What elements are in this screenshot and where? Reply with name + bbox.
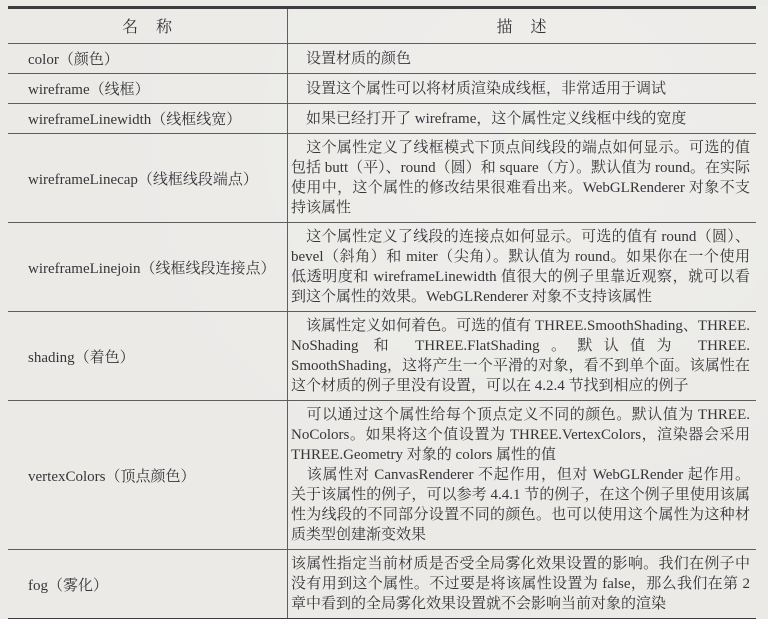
scanned-book-page: 名 称 描 述 color（颜色） 设置材质的颜色 wireframe（线框） … — [0, 6, 768, 619]
property-name: fog（雾化） — [8, 550, 288, 619]
property-name: color（颜色） — [8, 44, 288, 74]
description-paragraph: 设置这个属性可以将材质渲染成线框，非常适用于调试 — [291, 79, 750, 99]
property-name: wireframeLinecap（线框线段端点） — [8, 134, 288, 223]
property-description: 这个属性定义了线框模式下顶点间线段的端点如何显示。可选的值包括 butt（平）、… — [288, 134, 757, 223]
description-paragraph: 如果已经打开了 wireframe，这个属性定义线框中线的宽度 — [291, 109, 750, 129]
material-properties-table: 名 称 描 述 color（颜色） 设置材质的颜色 wireframe（线框） … — [8, 6, 756, 619]
table-row: wireframeLinewidth（线框线宽） 如果已经打开了 wirefra… — [8, 104, 756, 134]
header-row: 名 称 描 述 — [8, 8, 756, 44]
table-row: wireframeLinecap（线框线段端点） 这个属性定义了线框模式下顶点间… — [8, 134, 756, 223]
property-name: wireframe（线框） — [8, 74, 288, 104]
table-row: color（颜色） 设置材质的颜色 — [8, 44, 756, 74]
property-description: 如果已经打开了 wireframe，这个属性定义线框中线的宽度 — [288, 104, 757, 134]
property-description: 该属性指定当前材质是否受全局雾化效果设置的影响。我们在例子中没有用到这个属性。不… — [288, 550, 757, 619]
description-paragraph: 这个属性定义了线框模式下顶点间线段的端点如何显示。可选的值包括 butt（平）、… — [291, 138, 750, 218]
table-body: color（颜色） 设置材质的颜色 wireframe（线框） 设置这个属性可以… — [8, 44, 756, 619]
table-row: shading（着色） 该属性定义如何着色。可选的值有 THREE.Smooth… — [8, 312, 756, 401]
description-paragraph: 该属性指定当前材质是否受全局雾化效果设置的影响。我们在例子中没有用到这个属性。不… — [291, 554, 750, 614]
header-description-column: 描 述 — [288, 8, 757, 44]
table-row: wireframe（线框） 设置这个属性可以将材质渲染成线框，非常适用于调试 — [8, 74, 756, 104]
description-paragraph: 该属性对 CanvasRenderer 不起作用，但对 WebGLRender … — [291, 465, 750, 545]
property-name: wireframeLinewidth（线框线宽） — [8, 104, 288, 134]
table-row: vertexColors（顶点颜色） 可以通过这个属性给每个顶点定义不同的颜色。… — [8, 401, 756, 550]
description-paragraph: 设置材质的颜色 — [291, 49, 750, 69]
property-name: vertexColors（顶点颜色） — [8, 401, 288, 550]
description-paragraph: 可以通过这个属性给每个顶点定义不同的颜色。默认值为 THREE. NoColor… — [291, 405, 750, 465]
description-paragraph: 这个属性定义了线段的连接点如何显示。可选的值有 round（圆）、bevel（斜… — [291, 227, 750, 307]
description-paragraph: 该属性定义如何着色。可选的值有 THREE.SmoothShading、THRE… — [291, 316, 750, 396]
property-description: 设置材质的颜色 — [288, 44, 757, 74]
property-description: 可以通过这个属性给每个顶点定义不同的颜色。默认值为 THREE. NoColor… — [288, 401, 757, 550]
property-description: 这个属性定义了线段的连接点如何显示。可选的值有 round（圆）、bevel（斜… — [288, 223, 757, 312]
table-row: fog（雾化） 该属性指定当前材质是否受全局雾化效果设置的影响。我们在例子中没有… — [8, 550, 756, 619]
property-name: wireframeLinejoin（线框线段连接点） — [8, 223, 288, 312]
property-description: 设置这个属性可以将材质渲染成线框，非常适用于调试 — [288, 74, 757, 104]
header-name-column: 名 称 — [8, 8, 288, 44]
table-header: 名 称 描 述 — [8, 8, 756, 44]
property-description: 该属性定义如何着色。可选的值有 THREE.SmoothShading、THRE… — [288, 312, 757, 401]
property-name: shading（着色） — [8, 312, 288, 401]
table-row: wireframeLinejoin（线框线段连接点） 这个属性定义了线段的连接点… — [8, 223, 756, 312]
